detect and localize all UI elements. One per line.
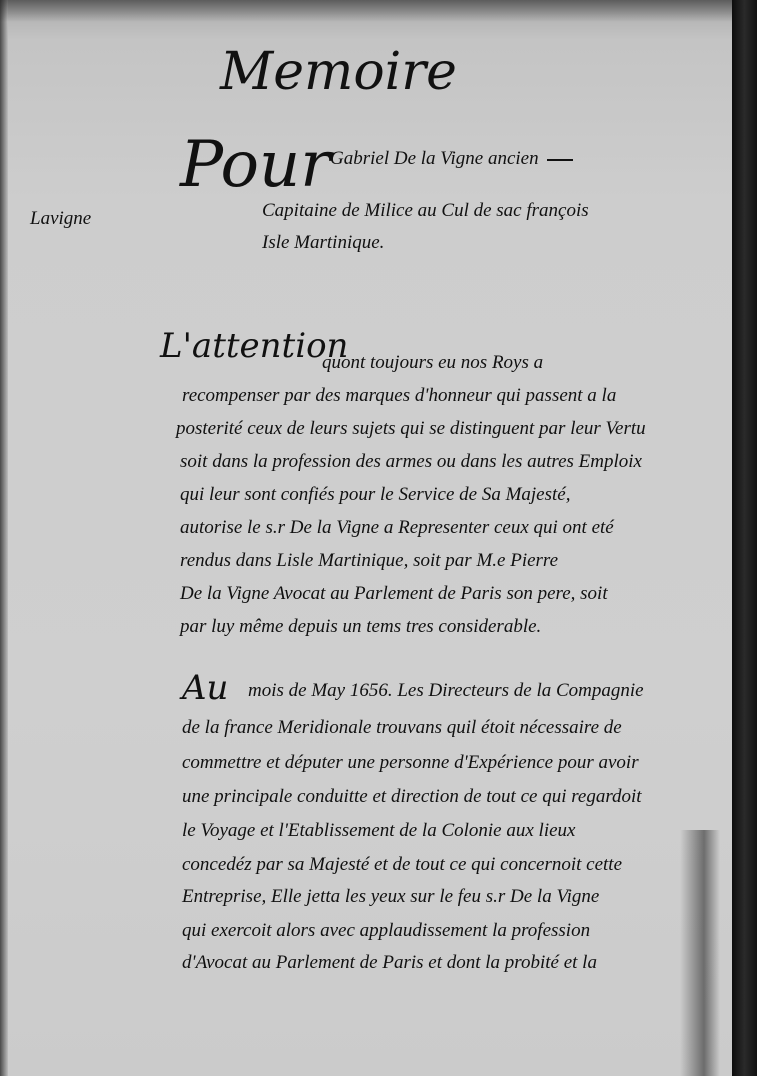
paragraph-1-line: recompenser par des marques d'honneur qu… xyxy=(182,385,616,407)
heading-pour-word: Pour xyxy=(180,128,331,202)
paragraph-1-line: par luy même depuis un tems tres conside… xyxy=(180,616,541,638)
paragraph-2-line: d'Avocat au Parlement de Paris et dont l… xyxy=(182,952,597,974)
paragraph-2-line: une principale conduitte et direction de… xyxy=(182,786,642,808)
paragraph-2-line: de la france Meridionale trouvans quil é… xyxy=(182,717,622,739)
page-fold-shadow xyxy=(680,830,720,1076)
heading-line-3: Isle Martinique. xyxy=(262,232,384,254)
heading-pour: Pour xyxy=(180,128,331,202)
heading-line-1: Gabriel De la Vigne ancien xyxy=(330,148,573,170)
paragraph-1-line: quont toujours eu nos Roys a xyxy=(322,352,543,374)
heading-line-2: Capitaine de Milice au Cul de sac franço… xyxy=(262,200,589,222)
paragraph-1-line: rendus dans Lisle Martinique, soit par M… xyxy=(180,550,558,572)
paragraph-1-line: posterité ceux de leurs sujets qui se di… xyxy=(176,418,646,440)
paragraph-1-line: autorise le s.r De la Vigne a Represente… xyxy=(180,517,614,539)
heading-line-1-text: Gabriel De la Vigne ancien xyxy=(330,148,539,169)
paragraph-1-line: soit dans la profession des armes ou dan… xyxy=(180,451,642,473)
page-top-shadow xyxy=(0,0,732,22)
paragraph-1-line: De la Vigne Avocat au Parlement de Paris… xyxy=(180,583,608,605)
paragraph-2-line: mois de May 1656. Les Directeurs de la C… xyxy=(248,680,644,702)
paragraph-2-line: le Voyage et l'Etablissement de la Colon… xyxy=(182,820,575,842)
paragraph-2-opening-word: Au xyxy=(182,668,228,708)
paragraph-2-line: qui exercoit alors avec applaudissement … xyxy=(182,920,590,942)
document-title: Memoire xyxy=(220,42,457,102)
paragraph-2-opening: Au xyxy=(182,668,228,708)
margin-note: Lavigne xyxy=(30,208,91,230)
paragraph-1-opening-word: L'attention xyxy=(160,326,348,366)
manuscript-page: Memoire Pour Gabriel De la Vigne ancien … xyxy=(0,0,732,1076)
line-dash xyxy=(547,159,573,161)
paragraph-2-line: Entreprise, Elle jetta les yeux sur le f… xyxy=(182,886,599,908)
binding-edge xyxy=(732,0,757,1076)
paragraph-2-line: commettre et députer une personne d'Expé… xyxy=(182,752,639,774)
paragraph-1-opening: L'attention xyxy=(160,326,348,366)
paragraph-1-line: qui leur sont confiés pour le Service de… xyxy=(180,484,570,506)
paragraph-2-line: concedéz par sa Majesté et de tout ce qu… xyxy=(182,854,622,876)
